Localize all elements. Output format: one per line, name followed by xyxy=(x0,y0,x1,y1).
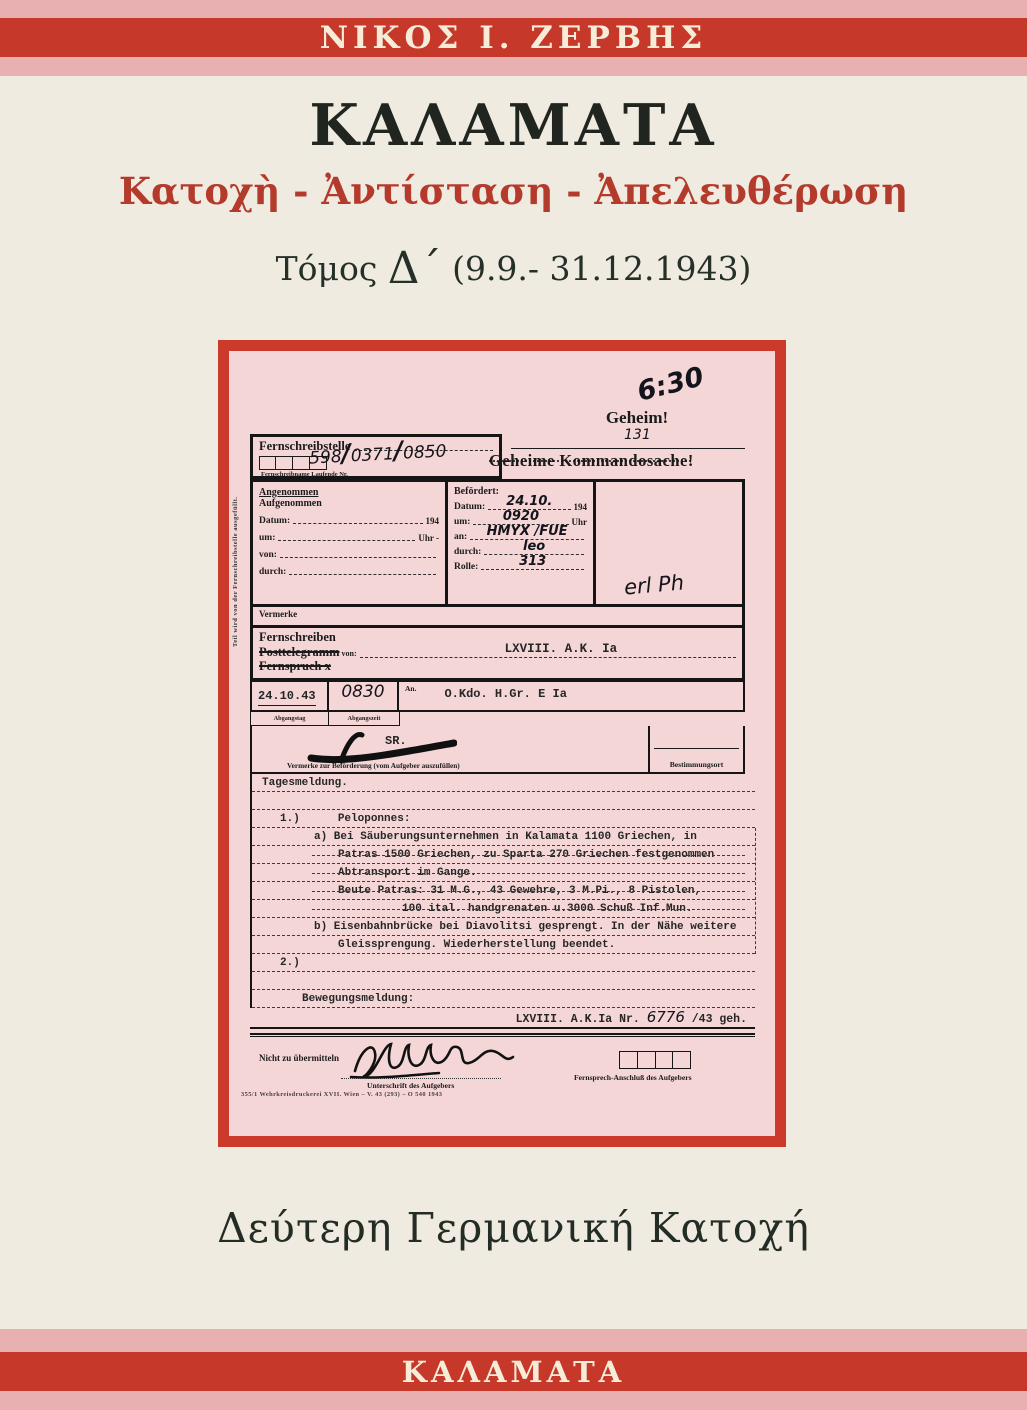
geheim-stamp: Geheim! xyxy=(529,408,745,428)
ink-scribble xyxy=(307,728,457,764)
body-line: b) Eisenbahnbrücke bei Diavolitsi gespre… xyxy=(252,918,755,936)
remarks-left-cell: SR. Vermerke zur Beförderung (vom Aufgeb… xyxy=(252,726,648,772)
body-line: a) Bei Säuberungsunternehmen in Kalamata… xyxy=(252,828,755,846)
sender-block: Fernschreiben Posttelegramm von: LXVIII.… xyxy=(250,628,745,682)
body-line-empty xyxy=(252,972,755,990)
book-title: ΚΑΛΑΜΑΤΑ xyxy=(0,92,1027,159)
body-line: 2.) xyxy=(252,954,755,972)
body-right-dashed-border xyxy=(755,828,756,954)
dispatch-recipient-cell: An.O.Kdo. H.Gr. E Ia xyxy=(399,682,743,710)
dispatch-row: 24.10.43 0830 An.O.Kdo. H.Gr. E Ia xyxy=(250,682,745,712)
body-line: Bewegungsmeldung: xyxy=(252,990,755,1008)
sr-mark: SR. xyxy=(385,734,407,748)
body-line-empty xyxy=(252,792,755,810)
received-uhr-suffix: Uhr - xyxy=(418,533,439,543)
reference-post: /43 geh. xyxy=(685,1013,747,1026)
remarks-right-cell: Bestimmungsort xyxy=(648,726,743,772)
forwarded-an-handwritten: HMYX /FUE xyxy=(487,524,568,539)
body-line: Patras 1500 Griechen, zu Sparta 270 Grie… xyxy=(252,846,755,864)
body-line: 100 ital. handgrenaten u.3000 Schuß Inf.… xyxy=(252,900,755,918)
received-durch-label: durch: xyxy=(259,567,286,577)
bottom-pink-band xyxy=(0,1329,1027,1352)
top-pink-band xyxy=(0,0,1027,18)
form-id-imprint: 355/1 Wehrkreisdruckerei XVII. Wien – V.… xyxy=(241,1091,442,1098)
top-pink-band-2 xyxy=(0,57,1027,76)
volume-line: Τόμος Δ΄ (9.9.- 31.12.1943) xyxy=(0,243,1027,294)
signature-line xyxy=(341,1078,501,1079)
forwarded-an-label: an: xyxy=(454,532,467,542)
an-label: An. xyxy=(405,684,416,693)
volume-numeral: Δ΄ xyxy=(388,243,442,294)
fernsprech-label: Fernsprech-Anschluß des Aufgebers xyxy=(574,1073,692,1082)
remarks-row: SR. Vermerke zur Beförderung (vom Aufgeb… xyxy=(250,726,745,774)
body-line: 1.)Peloponnes: xyxy=(252,810,755,828)
forwarded-um-label: um: xyxy=(454,517,470,527)
geheim-underline xyxy=(511,448,745,449)
secret-number-handwritten: 131 xyxy=(624,427,651,443)
forwarded-uhr-suffix: Uhr xyxy=(572,517,588,527)
dispatch-label-row: Abgangstag Abgangszeit xyxy=(250,712,400,726)
fernspruch-struck: Fernspruch x xyxy=(259,659,736,674)
remarks-left-label: Vermerke zur Beförderung (vom Aufgeber a… xyxy=(287,761,460,770)
body-line: Tagesmeldung. xyxy=(252,774,755,792)
received-von-label: von: xyxy=(259,550,277,560)
forwarded-datum-handwritten: 24.10. xyxy=(506,494,552,509)
received-label-1: Angenommen xyxy=(259,487,318,498)
nicht-uebermitteln-label: Nicht zu übermitteln xyxy=(259,1053,339,1063)
forwarded-rolle-label: Rolle: xyxy=(454,562,478,572)
body-line: Beute Patras: 31 M.G., 43 Gewehre, 3 M.P… xyxy=(252,882,755,900)
posttelegramm-struck: Posttelegramm xyxy=(259,645,340,660)
forwarded-durch-handwritten: leo xyxy=(523,539,545,554)
phone-number-cells xyxy=(619,1051,691,1069)
received-um-label: um: xyxy=(259,533,275,543)
sender-leader: LXVIII. A.K. Ia xyxy=(360,648,736,658)
received-year-suffix: 194 xyxy=(426,516,440,526)
dispatch-date: 24.10.43 xyxy=(258,689,316,706)
abgangszeit-label: Abgangszeit xyxy=(328,712,400,726)
book-cover: { "cover": { "author": "ΝΙΚΟΣ Ι. ΖΕΡΒΗΣ"… xyxy=(0,0,1027,1410)
forwarded-rolle-handwritten: 313 xyxy=(519,554,546,569)
forwarded-um-handwritten: 0920 xyxy=(503,509,539,524)
dispatch-time-handwritten: 0830 xyxy=(341,682,384,702)
forwarded-year-suffix: 194 xyxy=(574,502,588,512)
forwarded-datum-label: Datum: xyxy=(454,502,485,512)
telegram-paper: Teil wird von der Fernschreibstelle ausg… xyxy=(229,351,775,1136)
dispatch-recipient: O.Kdo. H.Gr. E Ia xyxy=(444,687,566,701)
bestimmungsort-label: Bestimmungsort xyxy=(650,760,743,769)
forwarded-durch-label: durch: xyxy=(454,547,481,557)
volume-dates: (9.9.- 31.12.1943) xyxy=(442,249,752,288)
unterschrift-label: Unterschrift des Aufgebers xyxy=(367,1081,454,1090)
book-subtitle: Κατοχὴ - Ἀντίσταση - Ἀπελευθέρωση xyxy=(0,169,1027,213)
signature-scrawl xyxy=(347,1037,517,1081)
fernschreiben-label: Fernschreiben xyxy=(259,630,736,645)
margin-note: Teil wird von der Fernschreibstelle ausg… xyxy=(232,437,239,647)
bottom-pink-band-2 xyxy=(0,1391,1027,1410)
station-sub-label: Fernschreibname Laufende Nr. xyxy=(261,471,495,478)
author-banner: ΝΙΚΟΣ Ι. ΖΕΡΒΗΣ xyxy=(0,18,1027,57)
body-line: Abtransport im Gange. xyxy=(252,864,755,882)
sender-value: LXVIII. A.K. Ia xyxy=(505,642,618,656)
kommandosache-stamp: Geheime Kommandosache! xyxy=(489,451,749,471)
volume-word: Τόμος xyxy=(276,249,388,288)
body-line: Gleissprengung. Wiederherstellung beende… xyxy=(252,936,755,954)
dispatch-date-cell: 24.10.43 xyxy=(252,682,329,710)
telegram-frame: Teil wird von der Fernschreibstelle ausg… xyxy=(218,340,786,1147)
time-scrawl-handwritten: 6:30 xyxy=(634,361,707,407)
abgangstag-label: Abgangstag xyxy=(250,712,329,726)
vermerke-strip: Vermerke xyxy=(250,607,745,628)
dispatch-time-cell: 0830 xyxy=(329,682,399,710)
bottom-caption: Δεύτερη Γερμανική Κατοχή xyxy=(0,1204,1027,1252)
message-body: Tagesmeldung. 1.)Peloponnes: a) Bei Säub… xyxy=(250,774,755,1008)
bottom-banner-text: ΚΑΛΑΜΑΤΑ xyxy=(402,1355,625,1389)
reference-row: LXVIII. A.K.Ia Nr. 6776 /43 geh. xyxy=(250,1008,755,1029)
von-label: von: xyxy=(342,649,357,658)
author-name: ΝΙΚΟΣ Ι. ΖΕΡΒΗΣ xyxy=(320,20,708,56)
bottom-banner: ΚΑΛΑΜΑΤΑ xyxy=(0,1352,1027,1391)
reference-number-handwritten: 6776 xyxy=(647,1008,685,1026)
forwarded-column: Befördert: Datum:24.10.194 um:0920Uhr an… xyxy=(448,482,596,604)
received-column: AngenommenAufgenommen Datum:194 um:Uhr -… xyxy=(253,482,448,604)
reference-pre: LXVIII. A.K.Ia Nr. xyxy=(516,1013,647,1026)
received-datum-label: Datum: xyxy=(259,516,290,526)
destination-line xyxy=(654,748,739,749)
received-label-2: Aufgenommen xyxy=(259,498,322,509)
